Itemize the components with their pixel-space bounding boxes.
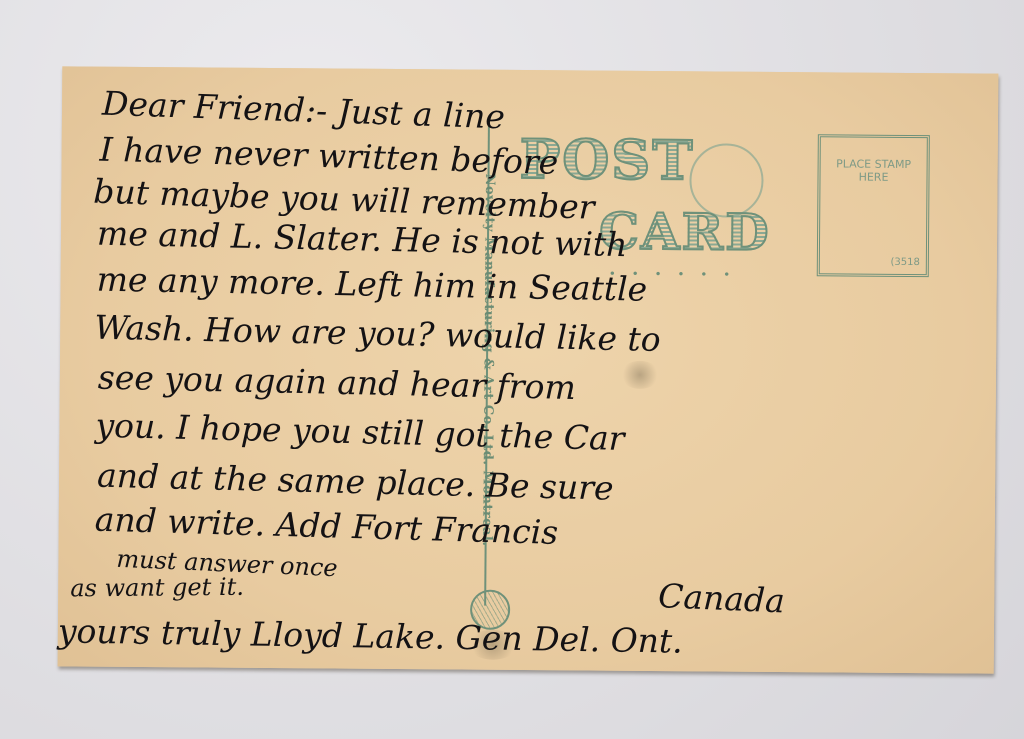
ink-smudge bbox=[620, 361, 660, 389]
stamp-box: PLACE STAMP HERE (3518 bbox=[817, 134, 930, 277]
handwriting-line: and at the same place. Be sure bbox=[97, 459, 614, 505]
handwriting-line: me and L. Slater. He is not with bbox=[97, 217, 628, 262]
handwriting-line: Dear Friend:- Just a line bbox=[102, 87, 506, 134]
margin-note-line: as want get it. bbox=[70, 575, 244, 601]
postcard-back: POST CARD • • • • • • PLACE STAMP HERE (… bbox=[58, 66, 999, 673]
stamp-box-code: (3518 bbox=[890, 257, 919, 268]
handwriting-line: Wash. How are you? would like to bbox=[94, 311, 661, 356]
stamp-box-label: PLACE STAMP HERE bbox=[820, 157, 926, 184]
handwriting-line: you. I hope you still got the Car bbox=[95, 409, 625, 455]
handwriting-line: Canada bbox=[658, 579, 786, 617]
handwriting-line: see you again and hear from bbox=[98, 361, 577, 404]
signature-line: yours truly Lloyd Lake. Gen Del. Ont. bbox=[58, 614, 683, 657]
handwriting-line: me any more. Left him in Seattle bbox=[96, 263, 647, 306]
